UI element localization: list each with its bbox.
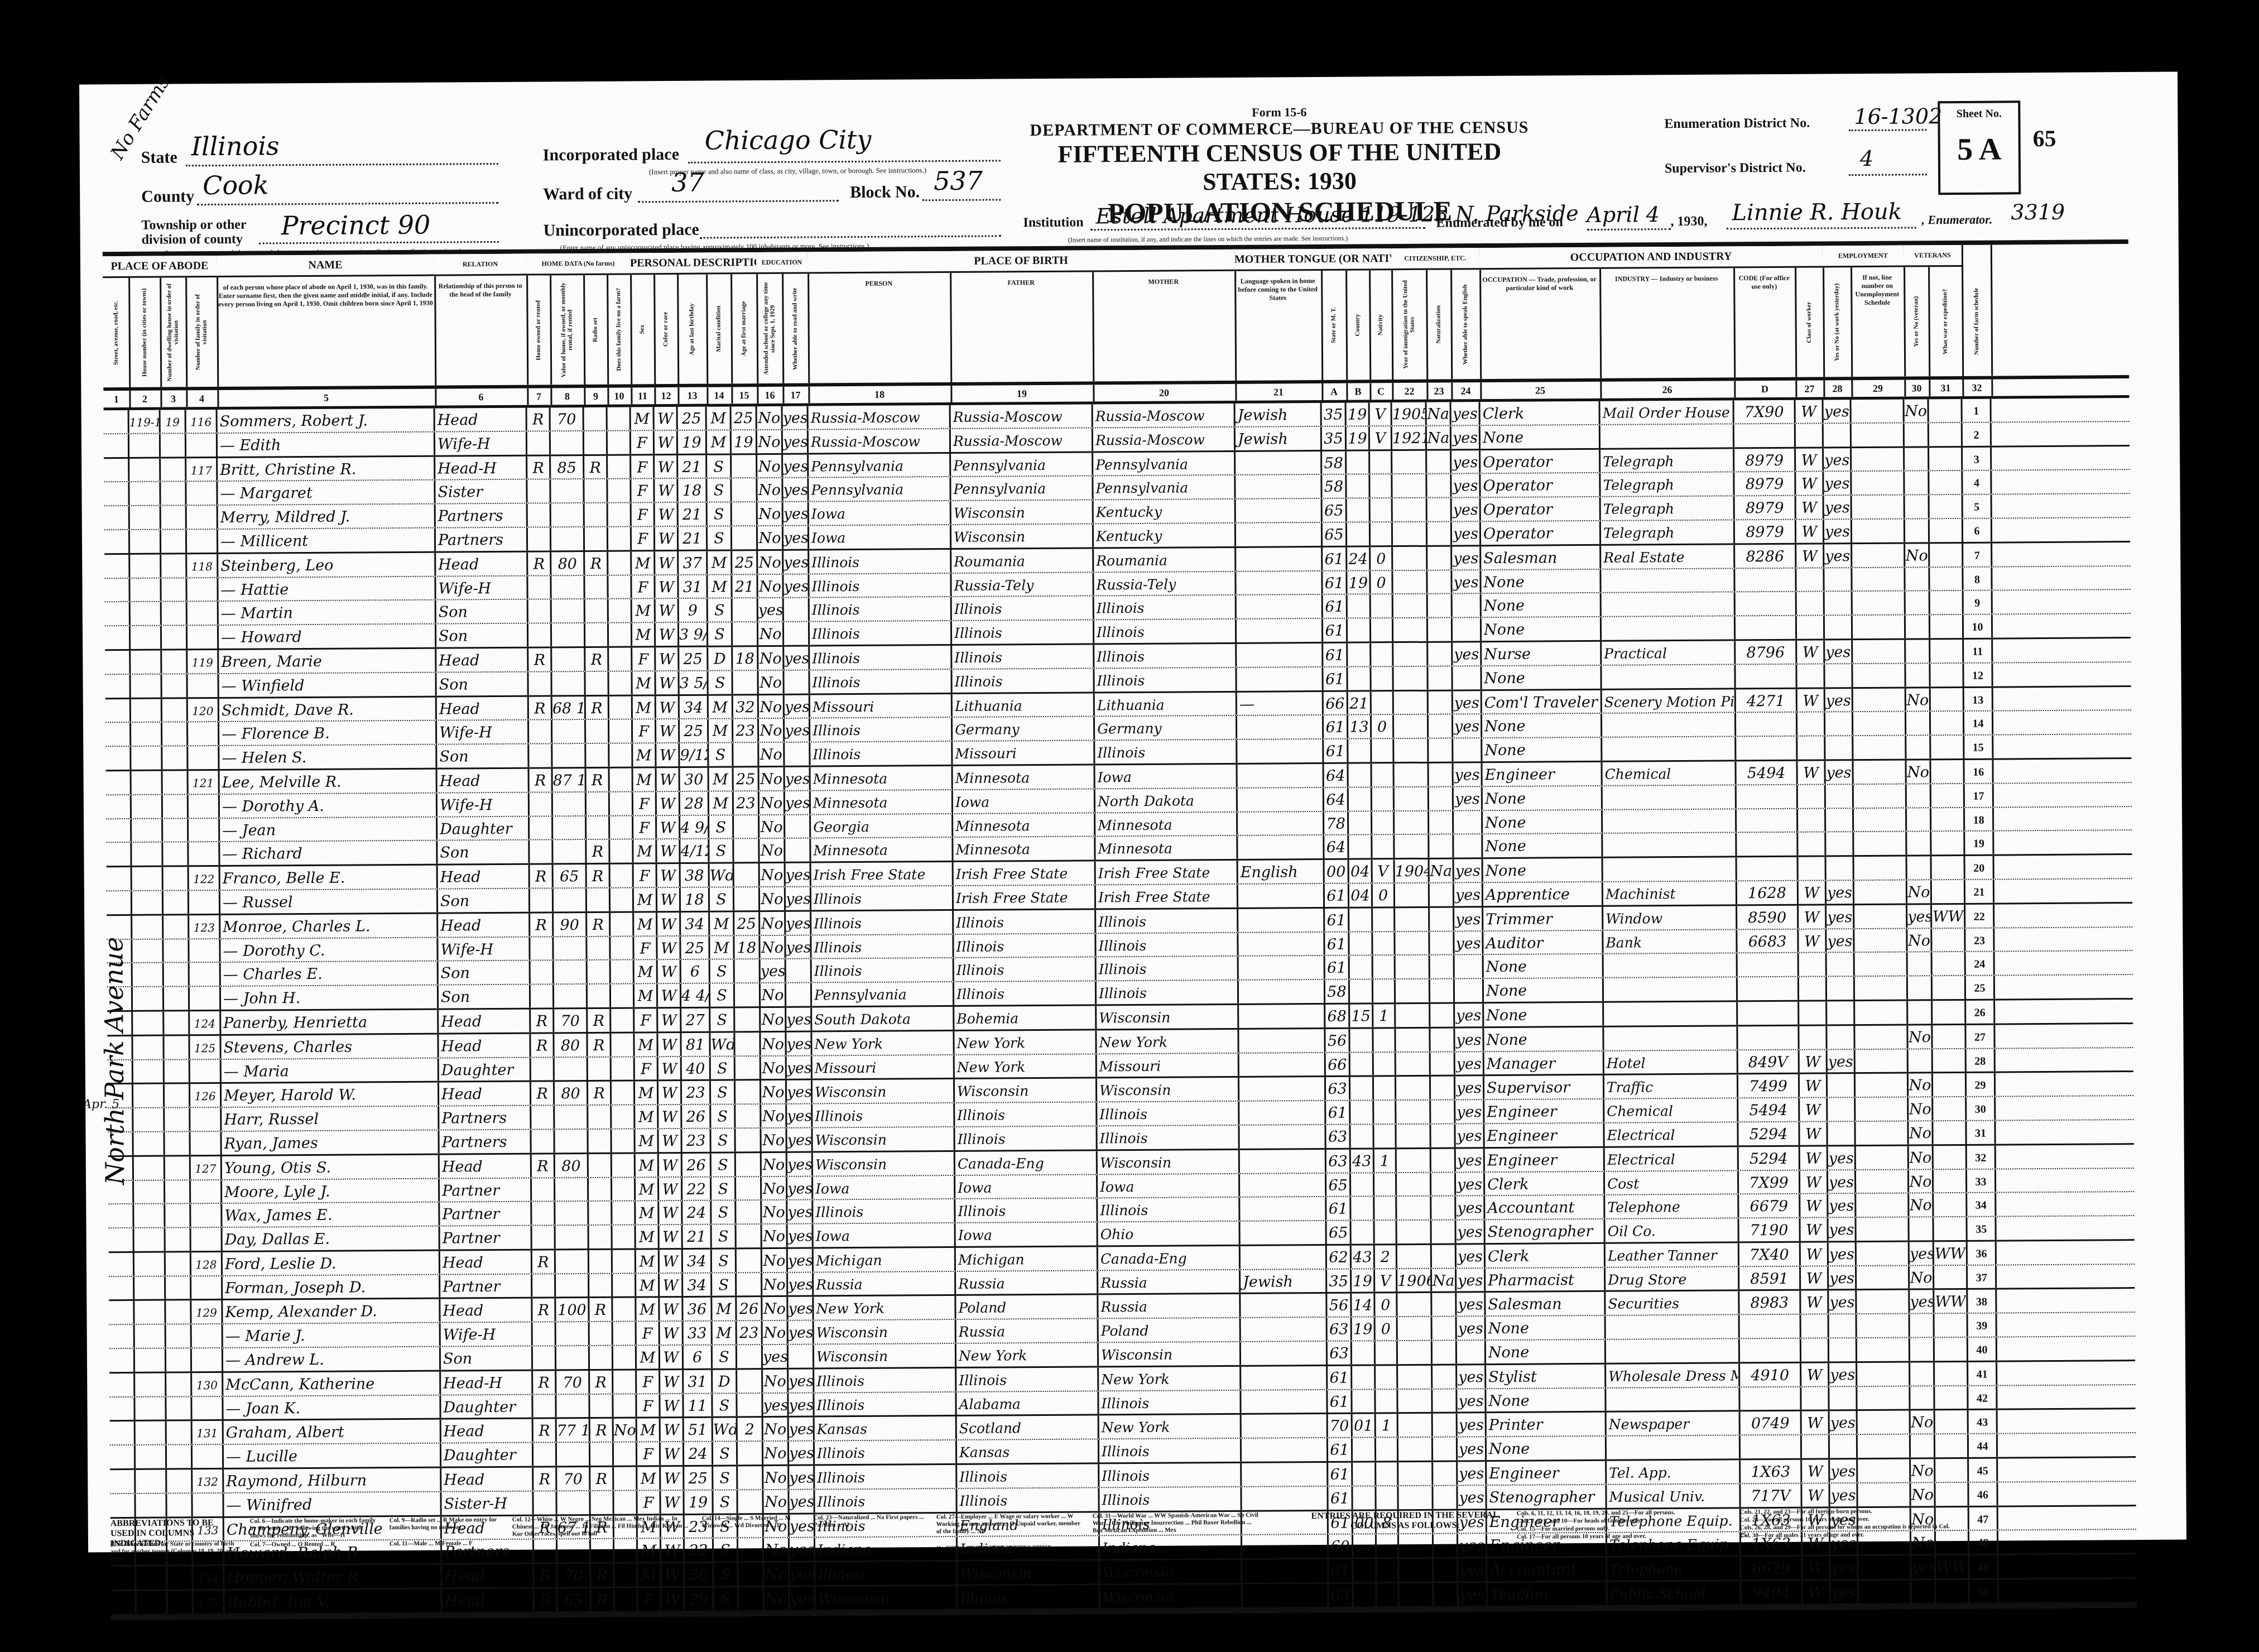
cell-family	[189, 819, 220, 842]
cell-tenure: R	[529, 697, 552, 719]
cell-bp-mother: Illinois	[1097, 981, 1239, 1004]
cell-unemp	[1853, 616, 1906, 638]
cell-codeC	[1376, 1366, 1398, 1389]
cell-dwelling	[165, 1060, 190, 1083]
cell-occupation: Stenographer	[1485, 1219, 1605, 1243]
cell-name: Ford, Leslie D.	[223, 1251, 440, 1275]
cell-relation: Daughter	[439, 1058, 531, 1081]
cell-language	[1241, 1318, 1328, 1341]
cell-value	[551, 527, 585, 550]
ward-value: 37	[671, 167, 704, 198]
cell-marital: S	[712, 1273, 737, 1296]
cell-codeB	[1353, 1559, 1377, 1582]
cell-marital: S	[713, 1490, 738, 1513]
cell-naturalization	[1431, 1197, 1456, 1219]
cell-industry: Public School	[1607, 1581, 1741, 1605]
cell-school: No	[758, 647, 784, 670]
cell-occupation: None	[1484, 954, 1604, 978]
cell-farm	[612, 1178, 636, 1200]
cell-street	[107, 987, 133, 1010]
cell-value	[557, 1491, 590, 1514]
cell-war	[1936, 1580, 1969, 1603]
cell-occupation: None	[1486, 1389, 1606, 1412]
cell-school: No	[762, 1200, 787, 1223]
column-number: 4	[186, 390, 219, 407]
cell-line: 32	[1967, 1145, 1996, 1168]
cell-age-marr: 26	[737, 1298, 762, 1320]
column-number: 29	[1851, 380, 1906, 397]
cell-school: No	[761, 1056, 787, 1079]
cell-school: No	[758, 574, 784, 597]
cell-relation: Partner	[440, 1226, 532, 1250]
cell-vet	[1905, 472, 1929, 494]
cell-name: Breen, Marie	[219, 649, 436, 673]
cell-bp-mother: Russia	[1098, 1270, 1241, 1294]
cell-house	[132, 867, 164, 890]
cell-farm	[614, 1443, 637, 1466]
cell-english	[1453, 618, 1482, 641]
cell-school: No	[758, 622, 784, 645]
cell-school: No	[757, 454, 783, 477]
cell-age-marr: 25	[732, 406, 757, 429]
cell-class: W	[1800, 1170, 1828, 1193]
cell-codeC: 2	[1375, 1245, 1397, 1268]
cell-vet	[1906, 615, 1930, 638]
cell-age: 11	[684, 1394, 713, 1416]
block-label: Block No.	[850, 183, 920, 202]
cell-radio	[587, 792, 610, 815]
cell-read: yes	[789, 1393, 814, 1416]
cell-sex: F	[631, 479, 655, 502]
cell-value: 65	[554, 865, 587, 887]
cell-codeC: 0	[1372, 715, 1394, 738]
cell-value	[556, 1322, 590, 1345]
cell-marital: M	[712, 1298, 737, 1320]
cell-war: WW	[1936, 1555, 1969, 1578]
cell-sex: F	[637, 1322, 660, 1344]
cell-family: 131	[193, 1421, 224, 1444]
cell-code-d: 0749	[1741, 1411, 1802, 1434]
cell-sex: F	[631, 431, 655, 454]
cell-school: No	[757, 430, 783, 453]
cell-codeC: 0	[1373, 883, 1395, 906]
cell-radio	[590, 1322, 613, 1345]
cell-vet: No	[1911, 1411, 1935, 1434]
cell-tenure	[531, 1058, 555, 1080]
cell-tenure	[532, 1202, 555, 1225]
cell-name: — Winifred	[224, 1492, 441, 1516]
entries-3: Col. 15—For married persons only.	[1517, 1525, 1729, 1533]
cell-read: yes	[790, 1587, 815, 1610]
cell-class: W	[1799, 881, 1827, 904]
cell-codeC	[1374, 1077, 1396, 1099]
column-number: 25	[1480, 382, 1602, 399]
cell-relation: Wife-H	[438, 793, 530, 816]
cell-age-marr	[736, 1153, 762, 1176]
cell-war	[1930, 519, 1963, 542]
cell-vet	[1911, 1435, 1935, 1458]
cell-codeA: 62	[1327, 1246, 1352, 1269]
cell-age-marr	[737, 1273, 762, 1296]
cell-bp-father: Illinois	[955, 1199, 1098, 1222]
cell-house	[134, 1301, 166, 1324]
cell-language	[1242, 1438, 1328, 1462]
cell-code-d: 4910	[1740, 1363, 1801, 1386]
cell-industry: Tel. App.	[1607, 1460, 1741, 1483]
cell-industry: Oil Co.	[1605, 1218, 1739, 1242]
cell-line: 25	[1966, 976, 1995, 999]
cell-codeC: V	[1375, 1269, 1397, 1292]
column-header-label: Value of home, if owned, or monthly rent…	[559, 278, 575, 381]
cell-name: Hopper, Walter R.	[224, 1565, 442, 1589]
cell-school: No	[759, 719, 785, 742]
cell-race: W	[661, 1588, 685, 1611]
cell-codeB	[1349, 811, 1372, 834]
cell-occupation: None	[1486, 1340, 1606, 1363]
cell-codeA: 70	[1328, 1414, 1353, 1437]
cell-codeA: 64	[1324, 835, 1349, 858]
cell-unemp	[1853, 760, 1906, 783]
cell-class: W	[1797, 640, 1825, 663]
cell-radio	[590, 1443, 614, 1466]
cell-bp-mother: Illinois	[1099, 1487, 1242, 1511]
cell-school: yes	[761, 959, 786, 982]
cell-family	[189, 891, 220, 914]
cell-bp-father: Irish Free State	[954, 862, 1096, 885]
cell-relation: Partner	[440, 1274, 532, 1298]
cell-family	[191, 1204, 222, 1227]
cell-radio	[589, 1178, 612, 1200]
cell-imm-year	[1396, 955, 1430, 978]
cell-bp-person: Illinois	[815, 1562, 958, 1585]
cell-tenure	[531, 1130, 555, 1152]
cell-bp-person: Illinois	[810, 670, 952, 693]
column-header-label: Yes or No (at work yesterday)	[1832, 271, 1842, 373]
cell-marital: S	[708, 599, 733, 622]
column-header-label: Age at last birthday	[687, 278, 696, 381]
cell-sex: F	[632, 575, 655, 598]
cell-war	[1935, 1410, 1969, 1433]
cell-bp-mother: Illinois	[1099, 1463, 1242, 1487]
cell-school: No	[762, 1152, 787, 1175]
column-group-header: HOME DATA (No farms)	[526, 253, 632, 275]
column-header-label: Number of family in order of visitation	[193, 281, 209, 383]
cell-house	[133, 963, 164, 986]
cell-industry: Chemical	[1604, 1098, 1738, 1122]
cell-house	[132, 939, 164, 962]
cell-sex: F	[632, 527, 655, 550]
cell-sex: F	[635, 1009, 658, 1031]
cell-bp-mother: North Dakota	[1095, 789, 1238, 812]
cell-naturalization	[1429, 763, 1453, 786]
cell-codeA: 61	[1326, 1101, 1350, 1124]
column-header-label: Home owned or rented	[533, 278, 543, 381]
cell-naturalization	[1430, 955, 1455, 978]
cell-codeC	[1371, 522, 1393, 545]
cell-value	[553, 793, 587, 815]
cell-bp-person: Irish Free State	[811, 862, 954, 886]
cell-value	[554, 961, 588, 983]
cell-at-work: yes	[1825, 761, 1853, 784]
cell-radio	[589, 1274, 613, 1296]
cell-race: W	[657, 913, 681, 935]
cell-value	[556, 1274, 589, 1297]
cell-language	[1237, 667, 1323, 691]
cell-war	[1934, 1193, 1967, 1216]
cell-at-work: yes	[1829, 1266, 1857, 1289]
cell-farm	[612, 1129, 635, 1152]
cell-radio: R	[587, 865, 611, 887]
cell-age: 24	[682, 1201, 712, 1224]
col14-note: Col. 14—Single ... S Married ... M Widow…	[702, 1515, 802, 1530]
cell-relation: Son	[436, 672, 528, 695]
entries-6: Col. 24—For all persons 10 years of age …	[1740, 1515, 1952, 1524]
ed-value: 16-1302	[1854, 104, 1942, 129]
cell-at-work	[1826, 785, 1854, 808]
cell-bp-mother: Russia	[1098, 1294, 1241, 1318]
cell-bp-mother: Germany	[1095, 716, 1237, 739]
cell-naturalization	[1429, 787, 1454, 810]
cell-house	[135, 1349, 166, 1372]
cell-codeC	[1376, 1462, 1398, 1485]
cell-age: 4 9/12	[680, 815, 709, 838]
cell-age: 23	[682, 1129, 711, 1152]
cell-age: 23	[682, 1081, 711, 1104]
cell-industry: Telegraph	[1600, 449, 1734, 472]
cell-school: yes	[758, 598, 784, 621]
cell-name: Merry, Mildred J.	[218, 505, 436, 529]
column-header-label: State or M. T.	[1329, 274, 1338, 377]
cell-bp-father: Illinois	[954, 982, 1097, 1005]
cell-occupation: None	[1482, 617, 1602, 641]
cell-imm-year	[1396, 1052, 1431, 1075]
column-group-header: MOTHER TONGUE (OR NATIVE LANGUAGE) OF FO…	[1234, 248, 1393, 271]
cell-codeB: 04	[1349, 883, 1373, 906]
cell-unemp	[1856, 1098, 1909, 1121]
cell-radio	[584, 431, 608, 454]
cell-class	[1802, 1435, 1830, 1458]
cell-family: 134	[193, 1566, 224, 1589]
cell-tenure	[529, 745, 552, 767]
cell-marital: S	[707, 479, 732, 502]
cell-read: yes	[789, 1369, 814, 1392]
cell-house	[134, 1156, 165, 1179]
cell-farm	[609, 696, 633, 719]
cell-school: No	[761, 1128, 787, 1151]
cell-radio: R	[586, 696, 609, 719]
cell-bp-mother: Canada-Eng	[1098, 1246, 1241, 1270]
cell-class	[1796, 424, 1824, 446]
cell-unemp	[1853, 592, 1906, 614]
cell-read: yes	[789, 1418, 815, 1440]
column-number: D	[1734, 381, 1797, 398]
cell-at-work	[1826, 809, 1854, 832]
cell-occupation: Engineer	[1484, 1123, 1604, 1147]
cell-street	[108, 1060, 133, 1083]
cell-war	[1930, 591, 1964, 614]
cell-age-marr	[734, 863, 760, 886]
cell-codeC	[1372, 811, 1395, 834]
cell-line: 30	[1967, 1097, 1996, 1120]
cell-vet: No	[1909, 1146, 1934, 1169]
cell-unemp	[1852, 520, 1905, 542]
cell-family	[190, 1108, 222, 1131]
cell-age-marr	[738, 1466, 763, 1489]
cell-farm	[608, 407, 631, 430]
cell-codeA: 65	[1323, 499, 1347, 522]
cell-age: 4/12	[680, 839, 709, 862]
cell-line: 13	[1964, 688, 1993, 710]
cell-line: 43	[1969, 1410, 1998, 1433]
cell-imm-year	[1393, 498, 1428, 521]
cell-value: 70	[557, 1564, 591, 1587]
column-number: 1	[103, 391, 131, 407]
cell-relation: Head	[436, 552, 528, 575]
cell-imm-year	[1394, 763, 1429, 786]
cell-house	[132, 843, 163, 866]
cell-codeC	[1374, 1101, 1396, 1123]
cell-code-d	[1740, 1315, 1801, 1338]
cell-tenure	[528, 576, 551, 599]
cell-codeB	[1347, 499, 1371, 522]
cell-relation: Daughter	[441, 1443, 533, 1467]
cell-unemp	[1857, 1386, 1910, 1409]
cell-unemp	[1858, 1581, 1911, 1603]
cell-bp-person: Georgia	[811, 814, 953, 838]
cell-codeB	[1352, 1341, 1376, 1364]
cell-dwelling: 19	[161, 410, 186, 433]
cell-codeA: 61	[1323, 619, 1348, 642]
cell-bp-father: New York	[954, 1030, 1097, 1054]
cell-at-work	[1827, 1026, 1855, 1049]
cell-industry: Machinist	[1603, 881, 1737, 905]
cell-unemp	[1856, 1170, 1909, 1193]
cell-bp-mother: Illinois	[1094, 619, 1237, 643]
cell-bp-mother: Iowa	[1098, 1174, 1240, 1197]
cell-tenure: R	[531, 1034, 554, 1056]
column-header-label: Number of dwelling house in order of vis…	[165, 281, 181, 383]
cell-sex: F	[631, 455, 655, 478]
census-title: FIFTEENTH CENSUS OF THE UNITED STATES: 1…	[1028, 137, 1531, 197]
cell-code-d	[1736, 713, 1797, 736]
column-number: 10	[607, 387, 632, 404]
cell-family: 118	[187, 554, 218, 577]
cell-vet: No	[1910, 1266, 1934, 1289]
cell-imm-year: 1921	[1392, 426, 1427, 449]
cell-codeA: 61	[1325, 908, 1349, 931]
cell-line: 17	[1965, 784, 1994, 806]
cell-tenure: R	[528, 648, 552, 671]
cell-industry: Telegraph	[1601, 497, 1735, 520]
cell-marital: S	[713, 1442, 738, 1465]
cell-farm	[613, 1370, 637, 1393]
cell-war	[1930, 615, 1964, 638]
cell-at-work: yes	[1830, 1411, 1858, 1434]
cell-code-d	[1737, 833, 1798, 856]
cell-relation: Head	[441, 1419, 533, 1443]
cell-naturalization	[1428, 498, 1452, 521]
cell-family: 135	[193, 1591, 224, 1613]
column-number: 24	[1451, 382, 1482, 399]
cell-school: No	[762, 1272, 788, 1295]
cell-codeA: 61	[1323, 547, 1347, 570]
cell-at-work	[1829, 1338, 1857, 1361]
cell-line: 19	[1965, 832, 1994, 854]
cell-school: No	[762, 1176, 787, 1199]
cell-value	[552, 599, 585, 622]
cell-class: W	[1796, 448, 1824, 471]
cell-dwelling	[163, 771, 189, 794]
cell-street	[107, 1012, 133, 1035]
cell-codeA: 63	[1326, 1077, 1350, 1100]
cell-english: yes	[1458, 1414, 1487, 1437]
cell-tenure	[532, 1274, 556, 1297]
cell-age-marr	[738, 1490, 763, 1513]
cell-language	[1241, 1366, 1328, 1390]
cell-dwelling	[166, 1373, 192, 1396]
cell-line: 31	[1967, 1121, 1996, 1144]
cell-read	[785, 743, 810, 766]
cell-imm-year	[1398, 1317, 1433, 1340]
cell-english: yes	[1453, 691, 1482, 714]
cell-language	[1240, 1221, 1326, 1245]
cell-sex: F	[634, 937, 657, 959]
cell-age-marr	[734, 887, 760, 910]
cell-class	[1798, 833, 1826, 856]
cell-codeA: 63	[1328, 1318, 1352, 1341]
column-header-label: Whether able to read and write	[790, 277, 800, 380]
cell-line: 34	[1967, 1193, 1996, 1216]
cell-at-work: yes	[1828, 1170, 1856, 1193]
cell-bp-father: Wisconsin	[951, 501, 1094, 524]
column-header-label: MOTHER	[1092, 276, 1234, 288]
cell-english: yes	[1456, 1220, 1485, 1243]
cell-house	[130, 506, 161, 529]
column-header-label: Yes or No (veteran)	[1911, 270, 1921, 373]
cell-value	[557, 1443, 590, 1466]
cell-farm	[610, 768, 633, 791]
cell-codeB: 01	[1353, 1414, 1376, 1437]
cell-relation: Head	[440, 1299, 532, 1322]
cell-codeA: 56	[1325, 1029, 1350, 1051]
cell-sex: F	[634, 864, 657, 887]
cell-relation: Wife-H	[437, 721, 529, 744]
sheet-number-box: Sheet No. 5 A	[1938, 100, 2021, 195]
cell-age: 37	[679, 551, 708, 574]
cell-marital: D	[708, 647, 733, 670]
cell-farm	[612, 1082, 635, 1104]
cell-english	[1455, 955, 1484, 978]
cell-relation: Partners	[439, 1106, 531, 1130]
cell-occupation: Operator	[1481, 449, 1600, 473]
column-number: 3	[160, 390, 188, 407]
ed-label: Enumeration District No.	[1664, 116, 1810, 132]
cell-language	[1238, 909, 1325, 932]
cell-language	[1237, 715, 1324, 739]
cell-age: 19	[684, 1490, 713, 1513]
column-header-label: Color or race	[661, 278, 670, 381]
cell-radio: R	[587, 769, 610, 791]
cell-line: 8	[1963, 567, 1992, 590]
cell-age-marr: 18	[733, 647, 758, 670]
cell-war	[1935, 1338, 1968, 1361]
incorporated-value: Chicago City	[704, 124, 871, 156]
cell-age-marr	[738, 1563, 764, 1586]
cell-unemp	[1856, 1074, 1909, 1097]
cell-naturalization	[1430, 1003, 1455, 1026]
cell-read: yes	[786, 911, 811, 934]
cell-age-marr: 23	[737, 1321, 763, 1344]
